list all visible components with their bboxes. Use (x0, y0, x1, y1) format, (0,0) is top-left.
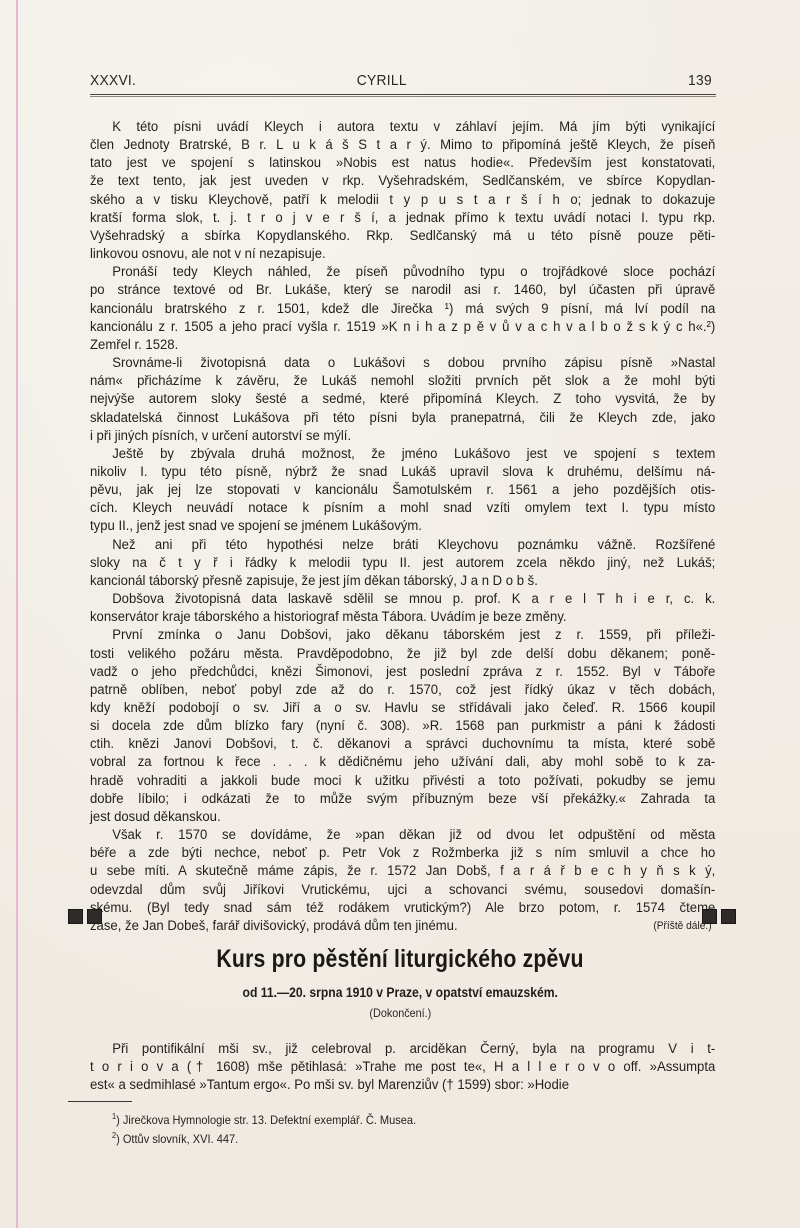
article-2-continuation: (Dokončení.) (0, 1006, 800, 1020)
text-line: hradě vohraditi a jakkoli bude moci k už… (90, 772, 715, 790)
paragraph: Pronáší tedy Kleych náhled, že píseň pův… (90, 263, 715, 354)
text-line: odevzdal dům svůj Jiříkovi Vrutickému, u… (90, 881, 715, 899)
text-line: Ještě by zbývala druhá možnost, že jméno… (90, 445, 715, 463)
footnotes: 1) Jirečkova Hymnologie str. 13. Defektn… (112, 1109, 572, 1147)
text-line: nikoliv I. typu této písně, nýbrž že sna… (90, 463, 715, 481)
text-line: tato jest ve spojení s latinskou »Nobis … (90, 154, 715, 172)
footnote: 2) Ottův slovník, XVI. 447. (112, 1128, 572, 1147)
paragraph: K této písni uvádí Kleych i autora textu… (90, 118, 715, 263)
footnote-text: ) Ottův slovník, XVI. 447. (116, 1132, 238, 1146)
text-line: nám« přicházíme k závěru, že Lukáš nemoh… (90, 372, 715, 390)
text-line: kancionálu z r. 1505 a jeho prací vyšla … (90, 318, 715, 336)
text-line: skému. (Byl tedy snad sám též rodákem vr… (90, 899, 715, 917)
text-line: pěvu, jak jej lze stopovati v kancionálu… (90, 481, 715, 499)
text-line: kdy kněží podobojí o sv. Jiří a o sv. Ha… (90, 699, 715, 717)
square-ornament-icon (68, 909, 83, 924)
text-line: tosti velikého požáru města. Pravděpodob… (90, 645, 715, 663)
paragraph: První zmínka o Janu Dobšovi, jako děkanu… (90, 626, 715, 826)
text-line: Zemřel r. 1528. (90, 336, 715, 354)
text-line: t o r i o v a († 1608) mše pětihlasá: »T… (90, 1058, 715, 1076)
text-line: patrně oblíben, neboť pobyl zde až do r.… (90, 681, 715, 699)
text-line: est« a sedmihlasé »Tantum ergo«. Po mši … (90, 1076, 715, 1094)
paragraph: Při pontifikální mši sv., již celebroval… (90, 1040, 715, 1094)
text-line: že text tento, jak jest uveden v rkp. Vy… (90, 172, 715, 190)
paragraph: Ještě by zbývala druhá možnost, že jméno… (90, 445, 715, 536)
double-square-ornament-left-icon (68, 909, 102, 924)
text-line: béře a zde býti nechce, neboť p. Petr Vo… (90, 844, 715, 862)
article-2-title: Kurs pro pěstění liturgického zpěvu (0, 945, 800, 974)
text-line: si docela zde dům blízko fary (nyní č. 3… (90, 717, 715, 735)
text-line: K této písni uvádí Kleych i autora textu… (90, 118, 715, 136)
header-rule-secondary (90, 96, 716, 97)
text-line: První zmínka o Janu Dobšovi, jako děkanu… (90, 626, 715, 644)
double-square-ornament-right-icon (702, 909, 736, 924)
text-line: Při pontifikální mši sv., již celebroval… (90, 1040, 715, 1058)
square-ornament-icon (87, 909, 102, 924)
text-line: dobře líbilo; i odkázati že to může svým… (90, 790, 715, 808)
text-line: typu II., jenž jest snad ve spojení se j… (90, 517, 715, 535)
text-line: i při jiných písních, v určení autorství… (90, 427, 715, 445)
text-line: Dobšova životopisná data laskavě sdělil … (90, 590, 715, 608)
text-line: vadž o jeho předchůdci, knězi Šimonovi, … (90, 663, 715, 681)
volume-number: XXXVI. (90, 72, 136, 89)
text-line: u sebe míti. A skutečně máme zápis, že r… (90, 862, 715, 880)
article-2-continuation-text: (Dokončení.) (369, 1006, 431, 1020)
text-line: Však r. 1570 se dovídáme, že »pan děkan … (90, 826, 715, 844)
square-ornament-icon (702, 909, 717, 924)
paragraph: Srovnáme-li životopisná data o Lukášovi … (90, 354, 715, 445)
text-line: zase, že Jan Dobeš, farář divišovický, p… (90, 917, 715, 935)
text-line: Srovnáme-li životopisná data o Lukášovi … (90, 354, 715, 372)
text-line: skladatelská činnost Lukášova při této p… (90, 409, 715, 427)
text-line: kancionálu bratrského z r. 1501, kdež dl… (90, 300, 715, 318)
text-line: Než ani při této hypothési nelze bráti K… (90, 536, 715, 554)
article-1-body: K této písni uvádí Kleych i autora textu… (90, 118, 715, 935)
article-2-subtitle: od 11.—20. srpna 1910 v Praze, v opatstv… (0, 985, 800, 1000)
footnote: 1) Jirečkova Hymnologie str. 13. Defektn… (112, 1109, 572, 1128)
article-2-body: Při pontifikální mši sv., již celebroval… (90, 1040, 715, 1094)
text-line: jest dosud děkanskou. (90, 808, 715, 826)
text-line: Vyšehradský a sbírka Kopydlanského. Rkp.… (90, 227, 715, 245)
footnote-rule (68, 1101, 132, 1102)
text-line: Pronáší tedy Kleych náhled, že píseň pův… (90, 263, 715, 281)
paragraph: Však r. 1570 se dovídáme, že »pan děkan … (90, 826, 715, 935)
text-line: linkovou osnovu, ale not v ní nezapisuje… (90, 245, 715, 263)
text-line: sloky na č t y ř i řádky k melodii typu … (90, 554, 715, 572)
article-2-subtitle-text: od 11.—20. srpna 1910 v Praze, v opatstv… (242, 985, 557, 1000)
text-line: ctih. knězi Janovi Dobšovi, t. č. děkano… (90, 735, 715, 753)
text-line: kratší forma slok, t. j. t r o j v e r š… (90, 209, 715, 227)
text-line: člen Jednoty Bratrské, B r. L u k á š S … (90, 136, 715, 154)
text-line: po stránce textové od Br. Lukáše, který … (90, 281, 715, 299)
header-rule (90, 94, 716, 95)
journal-title: CYRILL (357, 72, 407, 89)
footnote-text: ) Jirečkova Hymnologie str. 13. Defektní… (116, 1113, 416, 1127)
text-line: kancionál táborský přesně zapisuje, že j… (90, 572, 715, 590)
article-2-title-text: Kurs pro pěstění liturgického zpěvu (216, 945, 583, 974)
running-head: XXXVI. CYRILL 139 (90, 72, 712, 94)
page-number: 139 (688, 72, 712, 89)
paragraph: Než ani při této hypothési nelze bráti K… (90, 536, 715, 590)
text-line: nejvýše autorem sloky šesté a sedmé, kte… (90, 390, 715, 408)
text-line: konservátor kraje táborského a historiog… (90, 608, 715, 626)
text-line: ského a v tisku Kleychově, patří k melod… (90, 191, 715, 209)
text-line: cích. Kleych neuvádí notace k písním a m… (90, 499, 715, 517)
text-line: vobral za fortnou k řece . . . k dědičné… (90, 753, 715, 771)
paragraph: Dobšova životopisná data laskavě sdělil … (90, 590, 715, 626)
binding-margin-line (16, 0, 18, 1228)
square-ornament-icon (721, 909, 736, 924)
